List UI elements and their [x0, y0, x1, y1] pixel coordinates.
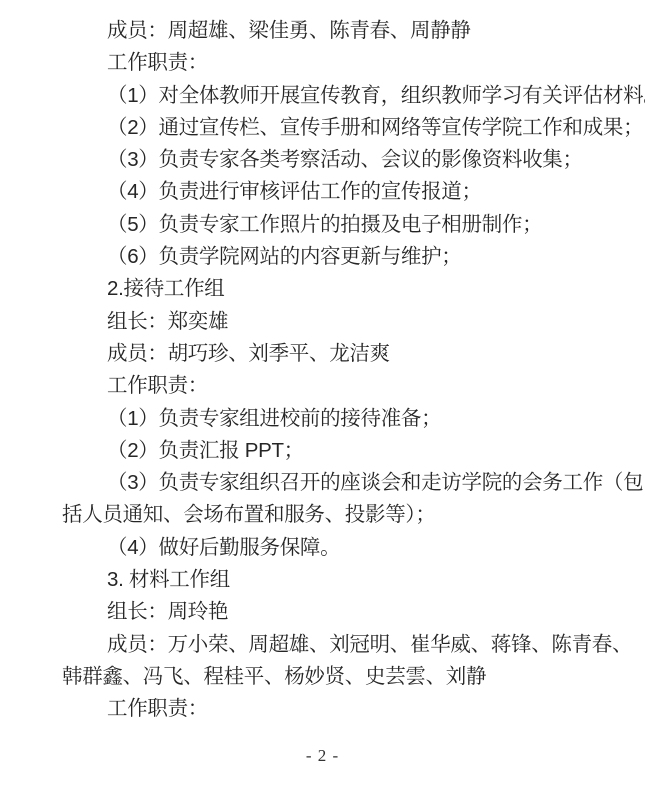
reception-duty-item-3-line-1: （3）负责专家组织召开的座谈会和走访学院的会务工作（包 [62, 467, 637, 499]
page-number: - 2 - [306, 746, 339, 765]
publicity-group-members: 成员：周超雄、梁佳勇、陈青春、周静静 [62, 15, 637, 47]
publicity-duty-item-5: （5）负责专家工作照片的拍摄及电子相册制作； [62, 209, 637, 241]
document-body: 成员：周超雄、梁佳勇、陈青春、周静静 工作职责： （1）对全体教师开展宣传教育，… [62, 15, 637, 726]
publicity-duty-item-1: （1）对全体教师开展宣传教育，组织教师学习有关评估材料。 [62, 80, 637, 112]
publicity-duty-item-6: （6）负责学院网站的内容更新与维护； [62, 241, 637, 273]
materials-group-leader: 组长：周玲艳 [62, 596, 637, 628]
materials-group-members-line-2: 韩群鑫、冯飞、程桂平、杨妙贤、史芸雲、刘静 [62, 661, 637, 693]
reception-duty-item-3-line-2: 括人员通知、会场布置和服务、投影等）； [62, 499, 637, 531]
reception-group-duties-heading: 工作职责： [62, 370, 637, 402]
publicity-duty-item-4: （4）负责进行审核评估工作的宣传报道； [62, 176, 637, 208]
reception-group-members: 成员：胡巧珍、刘季平、龙洁爽 [62, 338, 637, 370]
reception-group-heading: 2.接待工作组 [62, 273, 637, 305]
reception-duty-item-2: （2）负责汇报 PPT； [62, 435, 637, 467]
materials-group-duties-heading: 工作职责： [62, 693, 637, 725]
reception-duty-item-4: （4）做好后勤服务保障。 [62, 532, 637, 564]
materials-group-heading: 3. 材料工作组 [62, 564, 637, 596]
reception-group-leader: 组长：郑奕雄 [62, 306, 637, 338]
page-canvas: 成员：周超雄、梁佳勇、陈青春、周静静 工作职责： （1）对全体教师开展宣传教育，… [0, 0, 645, 807]
materials-group-members-line-1: 成员：万小荣、周超雄、刘冠明、崔华威、蒋锋、陈青春、 [62, 629, 637, 661]
reception-duty-item-1: （1）负责专家组进校前的接待准备； [62, 403, 637, 435]
publicity-group-duties-heading: 工作职责： [62, 47, 637, 79]
document-page: { "page": { "colors": { "background": "#… [0, 0, 645, 807]
page-footer: - 2 - [0, 743, 645, 769]
publicity-duty-item-3: （3）负责专家各类考察活动、会议的影像资料收集； [62, 144, 637, 176]
publicity-duty-item-2: （2）通过宣传栏、宣传手册和网络等宣传学院工作和成果； [62, 112, 637, 144]
